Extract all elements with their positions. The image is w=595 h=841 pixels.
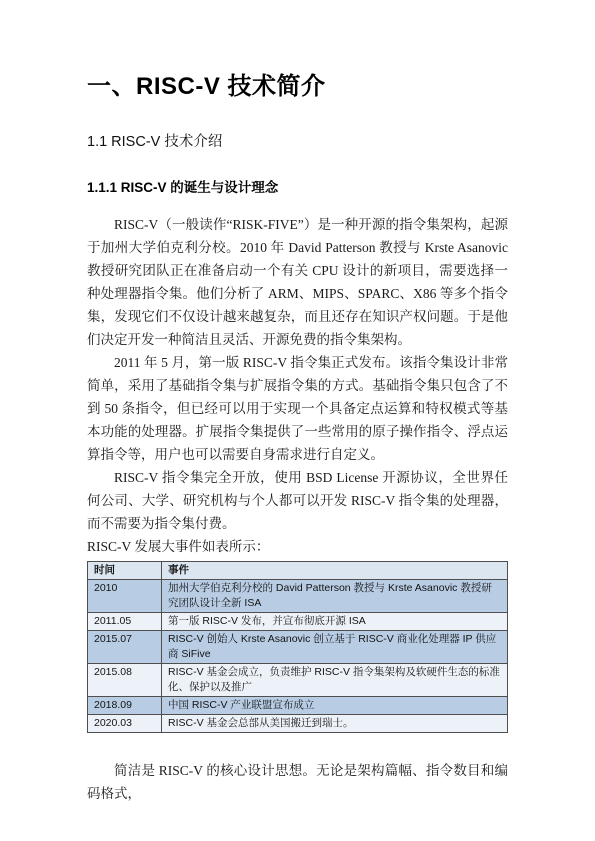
document-page: 一、RISC-V 技术简介 1.1 RISC-V 技术介绍 1.1.1 RISC… bbox=[0, 0, 595, 841]
table-row: 2011.05 第一版 RISC-V 发布，并宣布彻底开源 ISA bbox=[88, 613, 508, 631]
history-table: 时间 事件 2010 加州大学伯克利分校的 David Patterson 教授… bbox=[87, 561, 508, 733]
event-cell: RISC-V 基金会成立，负责维护 RISC-V 指令集架构及软硬件生态的标准化… bbox=[162, 664, 508, 697]
subsection-heading: 1.1.1 RISC-V 的诞生与设计理念 bbox=[87, 178, 508, 198]
event-cell: RISC-V 基金会总部从美国搬迁到瑞士。 bbox=[162, 715, 508, 733]
time-cell: 2015.07 bbox=[88, 631, 162, 664]
time-cell: 2020.03 bbox=[88, 715, 162, 733]
event-cell: RISC-V 创始人 Krste Asanovic 创立基于 RISC-V 商业… bbox=[162, 631, 508, 664]
doc-title: 一、RISC-V 技术简介 bbox=[87, 70, 508, 104]
paragraph-origin: RISC-V（一般读作“RISK-FIVE”）是一种开源的指令集架构，起源于加州… bbox=[87, 213, 508, 351]
table-row: 2015.07 RISC-V 创始人 Krste Asanovic 创立基于 R… bbox=[88, 631, 508, 664]
time-cell: 2015.08 bbox=[88, 664, 162, 697]
table-row: 2018.09 中国 RISC-V 产业联盟宣布成立 bbox=[88, 697, 508, 715]
paragraph-open-license: RISC-V 指令集完全开放，使用 BSD License 开源协议，全世界任何… bbox=[87, 466, 508, 535]
column-header-time: 时间 bbox=[88, 562, 162, 580]
paragraph-first-release: 2011 年 5 月，第一版 RISC-V 指令集正式发布。该指令集设计非常简单… bbox=[87, 351, 508, 466]
table-row: 2015.08 RISC-V 基金会成立，负责维护 RISC-V 指令集架构及软… bbox=[88, 664, 508, 697]
table-row: 2010 加州大学伯克利分校的 David Patterson 教授与 Krst… bbox=[88, 580, 508, 613]
event-cell: 中国 RISC-V 产业联盟宣布成立 bbox=[162, 697, 508, 715]
event-cell: 加州大学伯克利分校的 David Patterson 教授与 Krste Asa… bbox=[162, 580, 508, 613]
table-header-row: 时间 事件 bbox=[88, 562, 508, 580]
section-heading: 1.1 RISC-V 技术介绍 bbox=[87, 132, 508, 152]
table-intro: RISC-V 发展大事件如表所示： bbox=[87, 535, 508, 558]
closing-paragraph: 简洁是 RISC-V 的核心设计思想。无论是架构篇幅、指令数目和编码格式， bbox=[87, 759, 508, 805]
time-cell: 2011.05 bbox=[88, 613, 162, 631]
column-header-event: 事件 bbox=[162, 562, 508, 580]
event-cell: 第一版 RISC-V 发布，并宣布彻底开源 ISA bbox=[162, 613, 508, 631]
table-row: 2020.03 RISC-V 基金会总部从美国搬迁到瑞士。 bbox=[88, 715, 508, 733]
time-cell: 2018.09 bbox=[88, 697, 162, 715]
time-cell: 2010 bbox=[88, 580, 162, 613]
